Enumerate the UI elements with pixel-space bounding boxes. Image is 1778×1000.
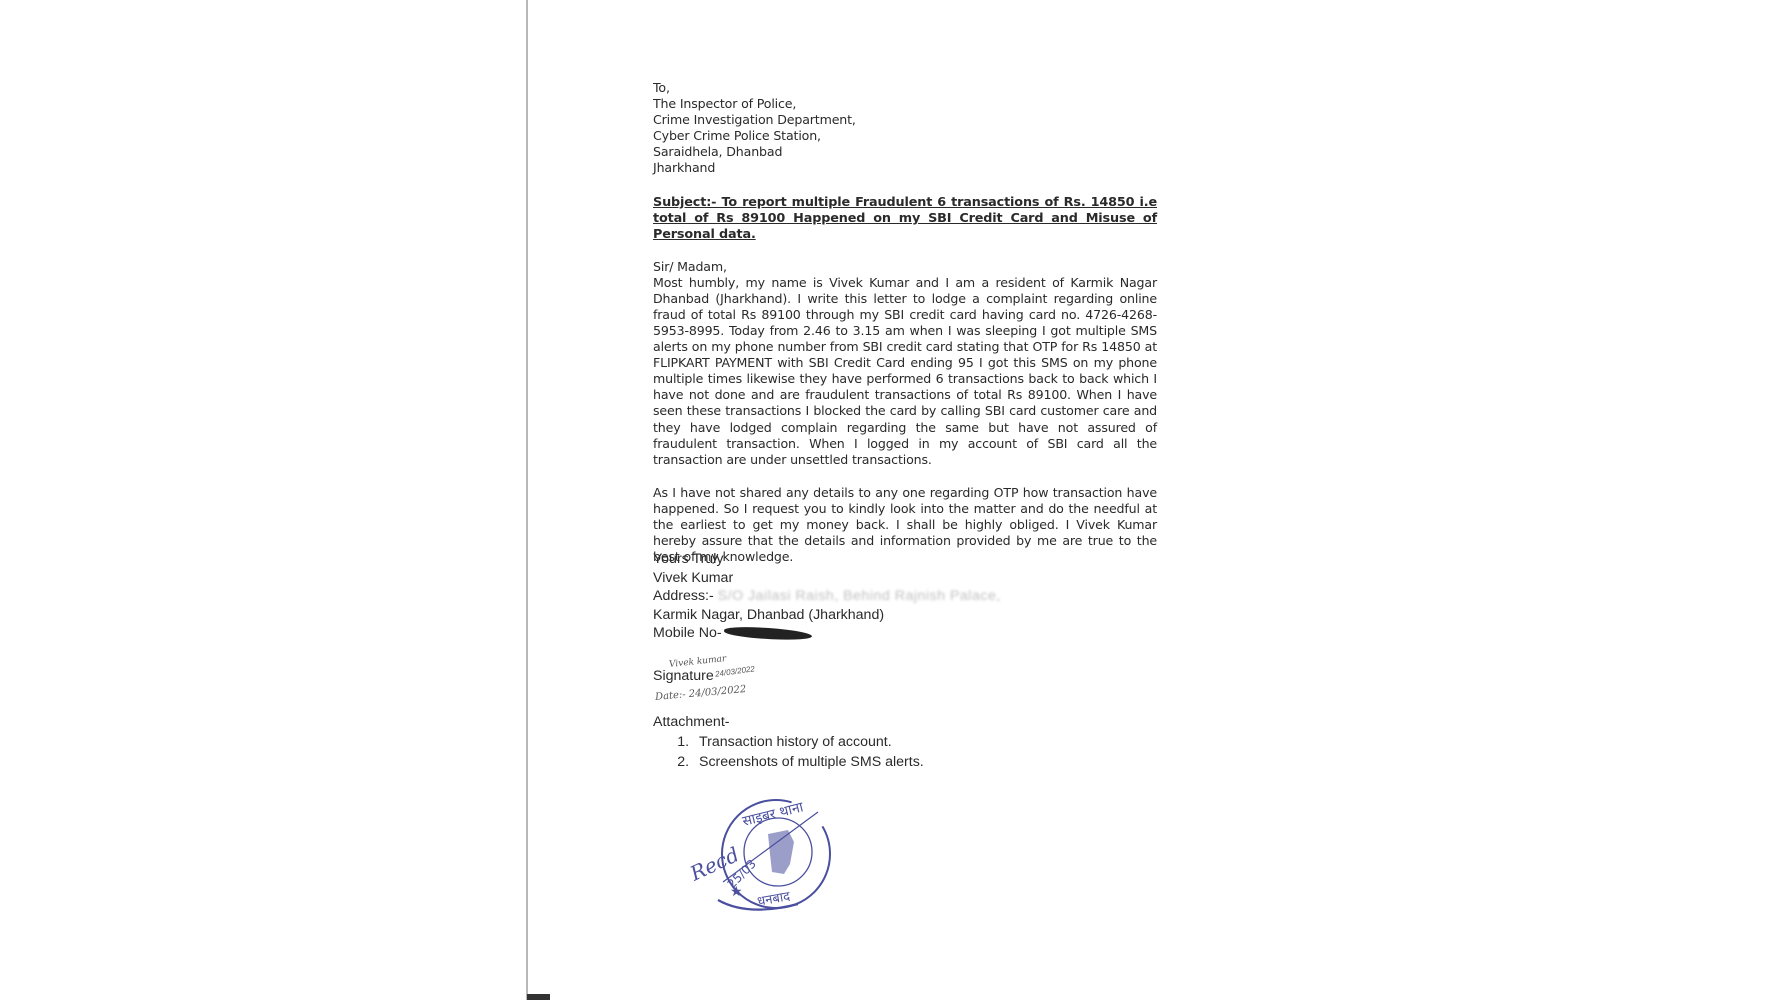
body-paragraph: Most humbly, my name is Vivek Kumar and … bbox=[653, 275, 1157, 468]
attachment-item: Transaction history of account. bbox=[693, 733, 1001, 753]
signature-label: Signature bbox=[653, 667, 714, 686]
attachment-item: Screenshots of multiple SMS alerts. bbox=[693, 753, 1001, 773]
sender-name: Vivek Kumar bbox=[653, 569, 1001, 588]
address-label: Address:- bbox=[653, 588, 714, 604]
mobile-label: Mobile No- bbox=[653, 625, 722, 641]
mobile-line: Mobile No- bbox=[653, 624, 1001, 643]
address-line-2: Karmik Nagar, Dhanbad (Jharkhand) bbox=[653, 606, 1001, 625]
star-icon: ★ bbox=[730, 884, 743, 900]
recipient-line: To, bbox=[653, 80, 1157, 96]
recipient-line: Jharkhand bbox=[653, 160, 1157, 176]
address-redacted: S/O Jailasi Raish, Behind Rajnish Palace… bbox=[718, 588, 1001, 604]
attachments: Attachment- Transaction history of accou… bbox=[653, 713, 1001, 773]
recipient-line: Crime Investigation Department, bbox=[653, 112, 1157, 128]
recipient-line: Saraidhela, Dhanbad bbox=[653, 144, 1157, 160]
recipient-address: To, The Inspector of Police, Crime Inves… bbox=[653, 80, 1157, 177]
attachments-label: Attachment- bbox=[653, 713, 1001, 732]
scan-corner-mark bbox=[527, 994, 550, 1000]
signature-block: Vivek kumar Signature 24/03/2022 Date:- … bbox=[653, 659, 1001, 703]
page-left-edge bbox=[526, 0, 528, 1000]
subject-line: Subject:- To report multiple Fraudulent … bbox=[653, 195, 1157, 243]
salutation: Sir/ Madam, bbox=[653, 259, 1157, 275]
police-station-stamp: साइबर थाना धनबाद Recd 25/03 ★ bbox=[688, 792, 838, 922]
valediction: Yours Truly bbox=[653, 550, 1001, 569]
stamp-top-text: साइबर थाना bbox=[741, 799, 805, 830]
address-line-1: Address:- S/O Jailasi Raish, Behind Rajn… bbox=[653, 587, 1001, 606]
closing-block: Yours Truly Vivek Kumar Address:- S/O Ja… bbox=[653, 550, 1001, 772]
recipient-line: Cyber Crime Police Station, bbox=[653, 128, 1157, 144]
recipient-line: The Inspector of Police, bbox=[653, 96, 1157, 112]
redaction-scribble bbox=[723, 625, 811, 641]
complaint-letter: To, The Inspector of Police, Crime Inves… bbox=[653, 80, 1157, 565]
emblem-icon bbox=[768, 830, 794, 874]
attachments-list: Transaction history of account. Screensh… bbox=[653, 733, 1001, 772]
